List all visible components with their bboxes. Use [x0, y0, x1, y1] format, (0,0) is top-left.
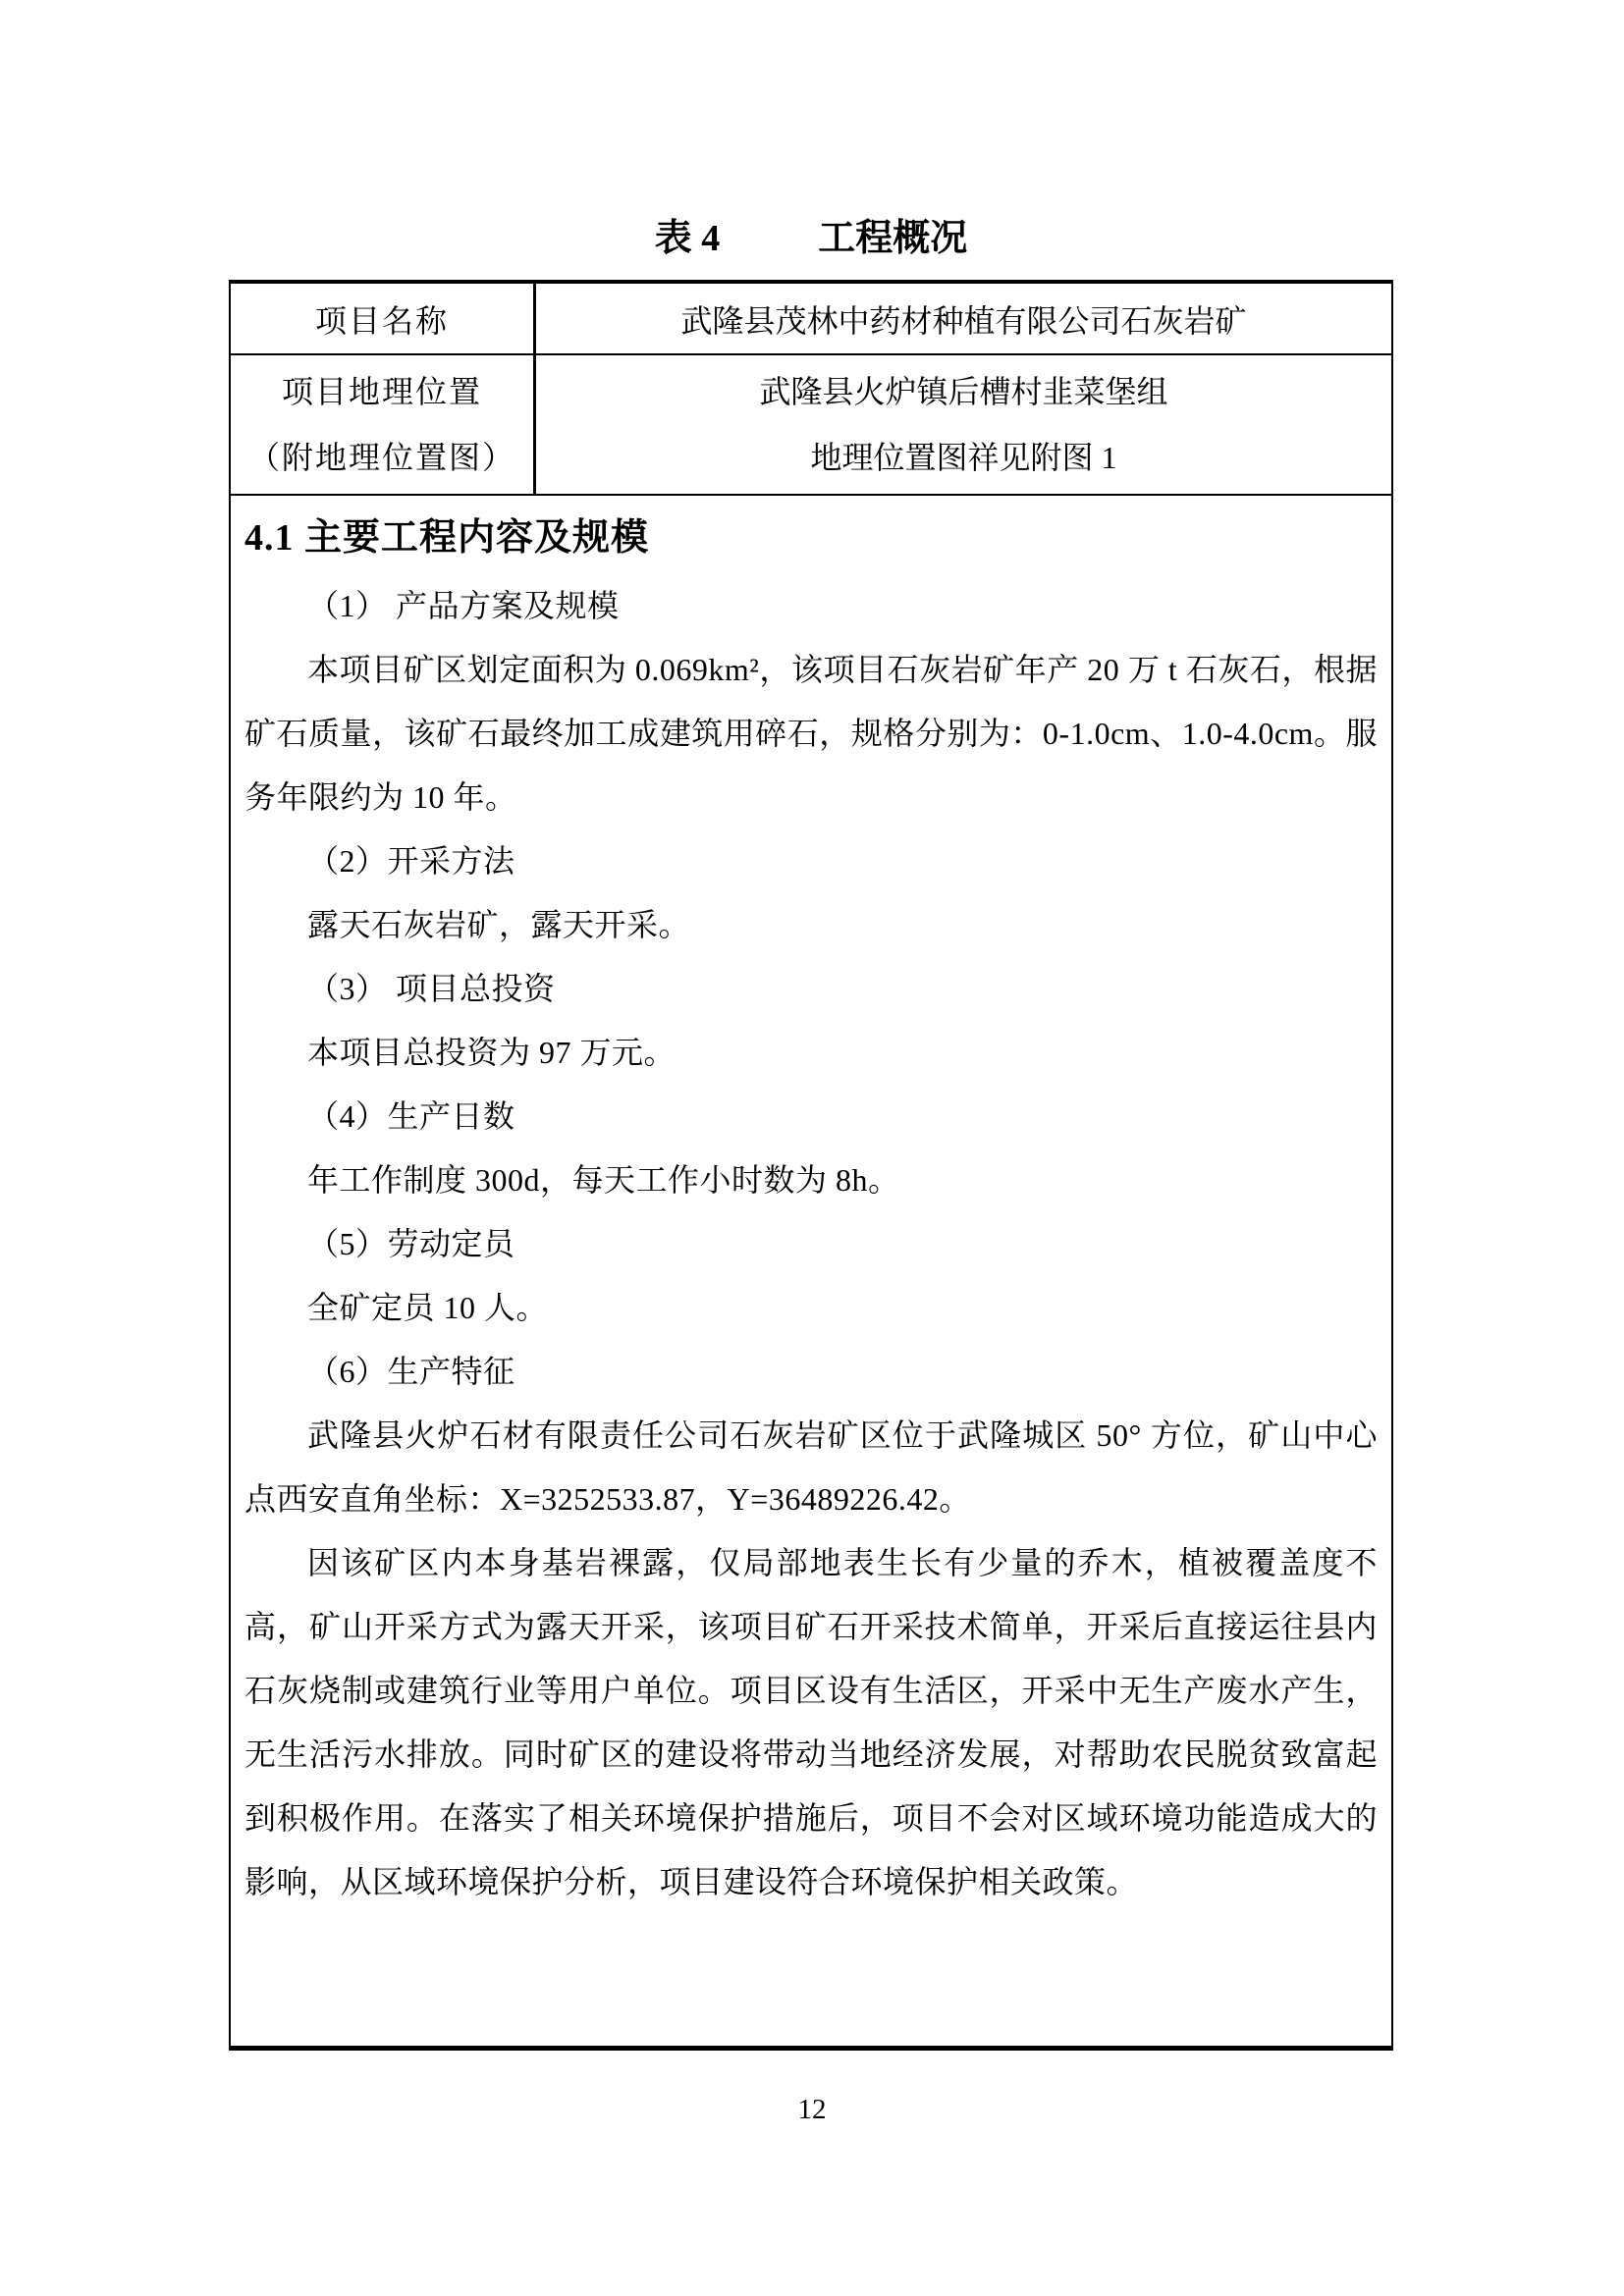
para-location-coordinates: 武隆县火炉石材有限责任公司石灰岩矿区位于武隆城区 50° 方位，矿山中心点西安直… [244, 1404, 1378, 1531]
table-title: 表 4 工程概况 [229, 214, 1393, 263]
project-location-value-line1: 武隆县火炉镇后槽村韭菜堡组 [759, 359, 1167, 425]
table-row-project-location: 项目地理位置 （附地理位置图） 武隆县火炉镇后槽村韭菜堡组 地理位置图祥见附图 … [231, 355, 1391, 496]
item-4-production-days: （4）生产日数 [244, 1085, 1378, 1148]
item-3-total-investment: （3） 项目总投资 [244, 957, 1378, 1021]
document-page: 表 4 工程概况 项目名称 武隆县茂林中药材种植有限公司石灰岩矿 项目地理位置 … [0, 0, 1624, 2296]
table-title-text: 工程概况 [818, 214, 967, 263]
project-location-label: 项目地理位置 （附地理位置图） [231, 355, 536, 494]
item-6-production-features: （6）生产特征 [244, 1340, 1378, 1404]
item-5-staffing: （5）劳动定员 [244, 1212, 1378, 1276]
project-overview-table: 项目名称 武隆县茂林中药材种植有限公司石灰岩矿 项目地理位置 （附地理位置图） … [229, 280, 1393, 2051]
para-investment: 本项目总投资为 97 万元。 [244, 1021, 1378, 1085]
para-staffing: 全矿定员 10 人。 [244, 1276, 1378, 1340]
para-environment-description: 因该矿区内本身基岩裸露，仅局部地表生长有少量的乔木，植被覆盖度不高，矿山开采方式… [244, 1531, 1378, 1914]
project-location-value: 武隆县火炉镇后槽村韭菜堡组 地理位置图祥见附图 1 [536, 355, 1391, 494]
project-location-value-line2: 地理位置图祥见附图 1 [810, 425, 1116, 491]
project-name-label: 项目名称 [231, 284, 536, 353]
page-number: 12 [0, 2093, 1624, 2126]
project-name-value: 武隆县茂林中药材种植有限公司石灰岩矿 [536, 284, 1391, 353]
table-row-main-content: 4.1 主要工程内容及规模 （1） 产品方案及规模 本项目矿区划定面积为 0.0… [231, 515, 1391, 1914]
item-1-product-plan: （1） 产品方案及规模 [244, 574, 1378, 638]
table-number: 表 4 [655, 214, 721, 263]
table-row-project-name: 项目名称 武隆县茂林中药材种植有限公司石灰岩矿 [231, 284, 1391, 355]
item-2-mining-method: （2）开采方法 [244, 829, 1378, 893]
section-heading: 4.1 主要工程内容及规模 [244, 515, 1378, 561]
project-location-label-line2: （附地理位置图） [248, 425, 515, 491]
para-mining-area: 本项目矿区划定面积为 0.069km²，该项目石灰岩矿年产 20 万 t 石灰石… [244, 638, 1378, 829]
para-open-pit: 露天石灰岩矿，露天开采。 [244, 893, 1378, 957]
para-work-schedule: 年工作制度 300d，每天工作小时数为 8h。 [244, 1148, 1378, 1212]
project-location-label-line1: 项目地理位置 [282, 359, 482, 425]
